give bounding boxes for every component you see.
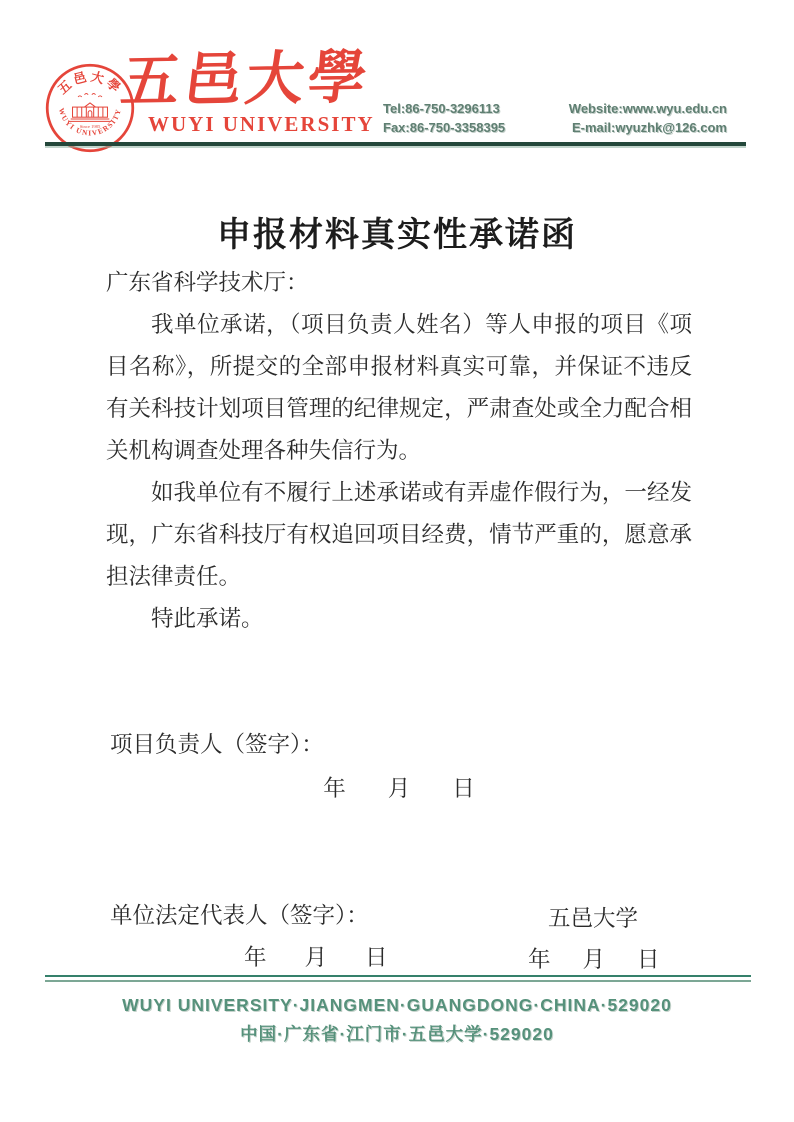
project-leader-signature-label: 项目负责人（签字）： [110,727,324,759]
paragraph-liability: 如我单位有不履行上述承诺或有弄虚作假行为，一经发现，广东省科技厅有权追回项目经费… [106,472,692,598]
organization-date-line: 年 月 日 [528,942,660,974]
legal-representative-date-line: 年 月 日 [244,940,388,972]
contact-website: Website:www.wyu.edu.cn [569,99,727,118]
contact-fax: Fax:86-750-3358395 [383,118,505,137]
date-day-label: 日 [637,942,660,974]
legal-representative-signature-label: 单位法定代表人（签字）： [110,898,369,930]
organization-name: 五邑大学 [548,901,638,933]
salutation: 广东省科学技术厅： [106,262,692,304]
seal-building-icon [69,103,111,121]
date-day-label: 日 [365,940,388,972]
document-title: 申报材料真实性承诺函 [0,207,794,256]
seal-bottom-arc-text: WUYI UNIVERSITY [57,107,123,138]
date-month-label: 月 [388,771,411,803]
paragraph-commitment: 我单位承诺，（项目负责人姓名）等人申报的项目《项目名称》，所提交的全部申报材料真… [106,304,692,472]
project-leader-date-line: 年 月 日 [106,771,692,803]
paragraph-closing: 特此承诺。 [106,598,692,640]
contact-tel: Tel:86-750-3296113 [383,99,505,118]
footer-double-rule [45,975,751,982]
letterhead-divider-rule [45,142,746,146]
contact-phone-block: Tel:86-750-3296113 Fax:86-750-3358395 [383,99,505,137]
contact-email: E-mail:wyuzhk@126.com [569,118,727,137]
date-year-label: 年 [244,940,267,972]
date-year-label: 年 [528,942,551,974]
date-day-label: 日 [452,771,475,803]
footer-address-chinese: 中国·广东省·江门市·五邑大学·529020 [0,1021,794,1046]
university-name-calligraphy: 五邑大學 [118,48,374,110]
contact-web-block: Website:www.wyu.edu.cn E-mail:wyuzhk@126… [569,99,727,137]
date-year-label: 年 [323,771,346,803]
letter-body: 广东省科学技术厅： 我单位承诺，（项目负责人姓名）等人申报的项目《项目名称》，所… [106,262,692,640]
date-month-label: 月 [305,940,328,972]
date-month-label: 月 [583,942,606,974]
seal-birds-icon [78,94,102,97]
university-name-english: WUYI UNIVERSITY [148,112,375,137]
footer-address-english: WUYI UNIVERSITY·JIANGMEN·GUANGDONG·CHINA… [0,995,794,1016]
document-page: 五邑大學 Since 1985 WUYI UNIVERSITY 五邑大學 WUY… [0,0,794,1122]
